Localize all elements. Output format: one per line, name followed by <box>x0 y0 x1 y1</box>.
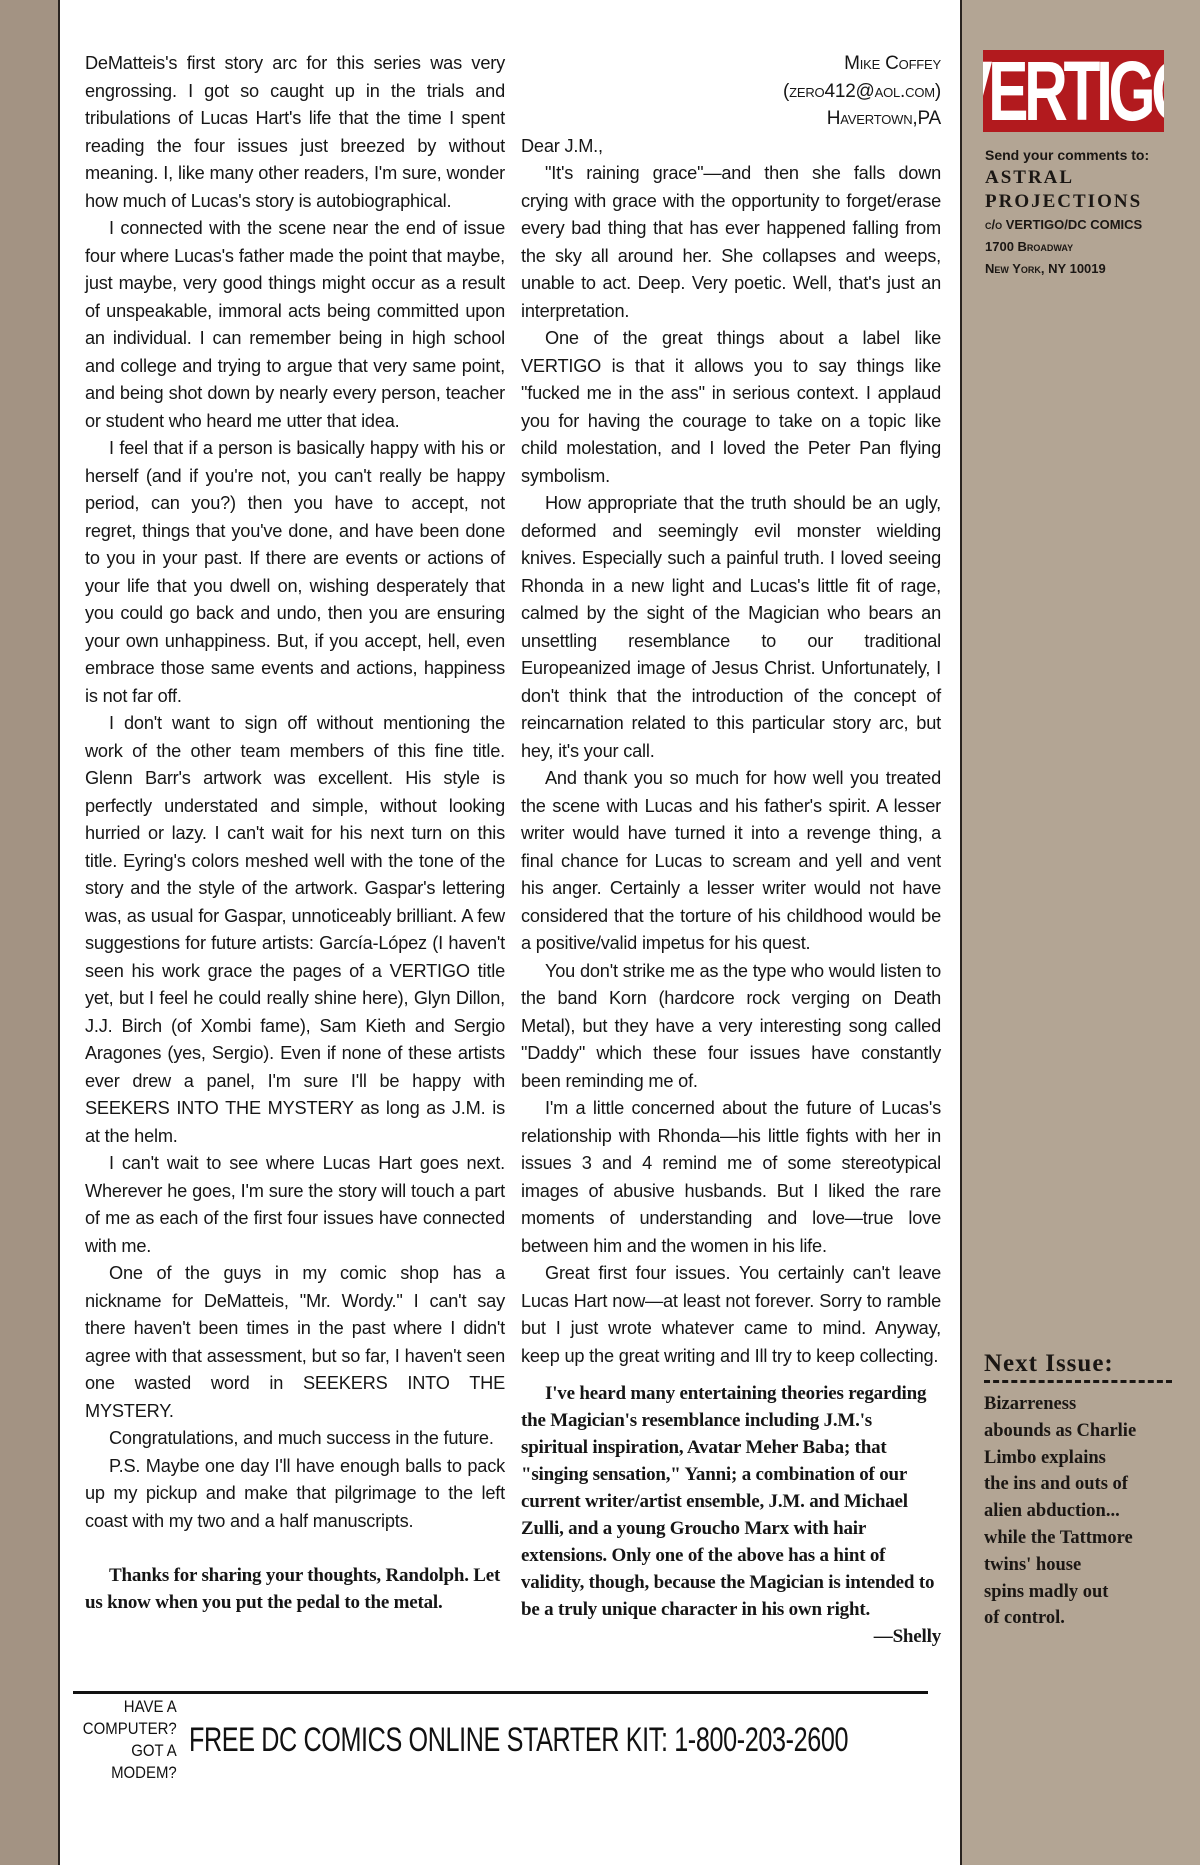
author-email: (zero412@aol.com) <box>521 78 941 106</box>
letter-column-left: DeMatteis's first story arc for this ser… <box>85 50 505 1616</box>
footer-questions: HAVE A COMPUTER? GOT A MODEM? <box>83 1696 177 1784</box>
blurb-line: alien abduction... <box>984 1498 1194 1525</box>
letter-paragraph: I feel that if a person is basically hap… <box>85 435 505 710</box>
blurb-line: the ins and outs of <box>984 1471 1194 1498</box>
letter-column-right: Mike Coffey (zero412@aol.com) Havertown,… <box>521 50 941 1650</box>
author-name: Mike Coffey <box>521 50 941 78</box>
send-comments-box: Send your comments to: ASTRAL PROJECTION… <box>985 144 1195 280</box>
dashed-divider <box>984 1380 1172 1383</box>
editor-signoff: —Shelly <box>521 1623 941 1650</box>
logo-text: VERTIGO <box>983 50 1164 132</box>
left-page-gutter <box>0 0 60 1865</box>
letter-paragraph: You don't strike me as the type who woul… <box>521 958 941 1096</box>
footer-question-2: GOT A MODEM? <box>83 1740 177 1784</box>
blurb-line: spins madly out <box>984 1579 1194 1606</box>
address-line-2: 1700 Broadway <box>985 236 1195 258</box>
letter-paragraph: One of the great things about a label li… <box>521 325 941 490</box>
salutation: Dear J.M., <box>521 133 941 161</box>
letter-paragraph: I'm a little concerned about the future … <box>521 1095 941 1260</box>
blurb-line: abounds as Charlie <box>984 1418 1194 1445</box>
blurb-line: Bizarreness <box>984 1391 1194 1418</box>
letter-paragraph: "It's raining grace"—and then she falls … <box>521 160 941 325</box>
letter-paragraph: I don't want to sign off without mention… <box>85 710 505 1150</box>
author-location: Havertown,PA <box>521 105 941 133</box>
letter-paragraph: One of the guys in my comic shop has a n… <box>85 1260 505 1425</box>
next-issue-box: Next Issue: Bizarreness abounds as Charl… <box>984 1350 1194 1632</box>
footer-offer: FREE DC COMICS ONLINE STARTER KIT: 1-800… <box>189 1720 848 1760</box>
column-name-line-1: ASTRAL <box>985 166 1195 190</box>
footer-divider <box>73 1691 928 1694</box>
next-issue-blurb: Bizarreness abounds as Charlie Limbo exp… <box>984 1391 1194 1632</box>
column-name-line-2: PROJECTIONS <box>985 190 1195 214</box>
address-line-3: New York, NY 10019 <box>985 258 1195 280</box>
editor-reply: I've heard many entertaining theories re… <box>521 1380 941 1623</box>
blurb-line: while the Tattmore <box>984 1525 1194 1552</box>
blurb-line: twins' house <box>984 1552 1194 1579</box>
letter-paragraph: I can't wait to see where Lucas Hart goe… <box>85 1150 505 1260</box>
letter-author-block: Mike Coffey (zero412@aol.com) Havertown,… <box>521 50 941 133</box>
editor-reply: Thanks for sharing your thoughts, Randol… <box>85 1562 505 1616</box>
blurb-line: Limbo explains <box>984 1445 1194 1472</box>
footer-ad: HAVE A COMPUTER? GOT A MODEM? FREE DC CO… <box>70 1710 950 1770</box>
vertigo-logo: VERTIGO <box>983 50 1164 132</box>
address-line-1: c/o VERTIGO/DC COMICS <box>985 214 1195 236</box>
send-label: Send your comments to: <box>985 144 1195 166</box>
letter-paragraph: Great first four issues. You certainly c… <box>521 1260 941 1370</box>
letter-paragraph: And thank you so much for how well you t… <box>521 765 941 958</box>
letter-paragraph: How appropriate that the truth should be… <box>521 490 941 765</box>
letter-paragraph: Congratulations, and much success in the… <box>85 1425 505 1453</box>
footer-question-1: HAVE A COMPUTER? <box>83 1696 177 1740</box>
letter-paragraph: P.S. Maybe one day I'll have enough ball… <box>85 1453 505 1536</box>
letter-paragraph: DeMatteis's first story arc for this ser… <box>85 50 505 215</box>
blurb-line: of control. <box>984 1605 1194 1632</box>
letter-paragraph: I connected with the scene near the end … <box>85 215 505 435</box>
next-issue-title: Next Issue: <box>984 1350 1194 1378</box>
